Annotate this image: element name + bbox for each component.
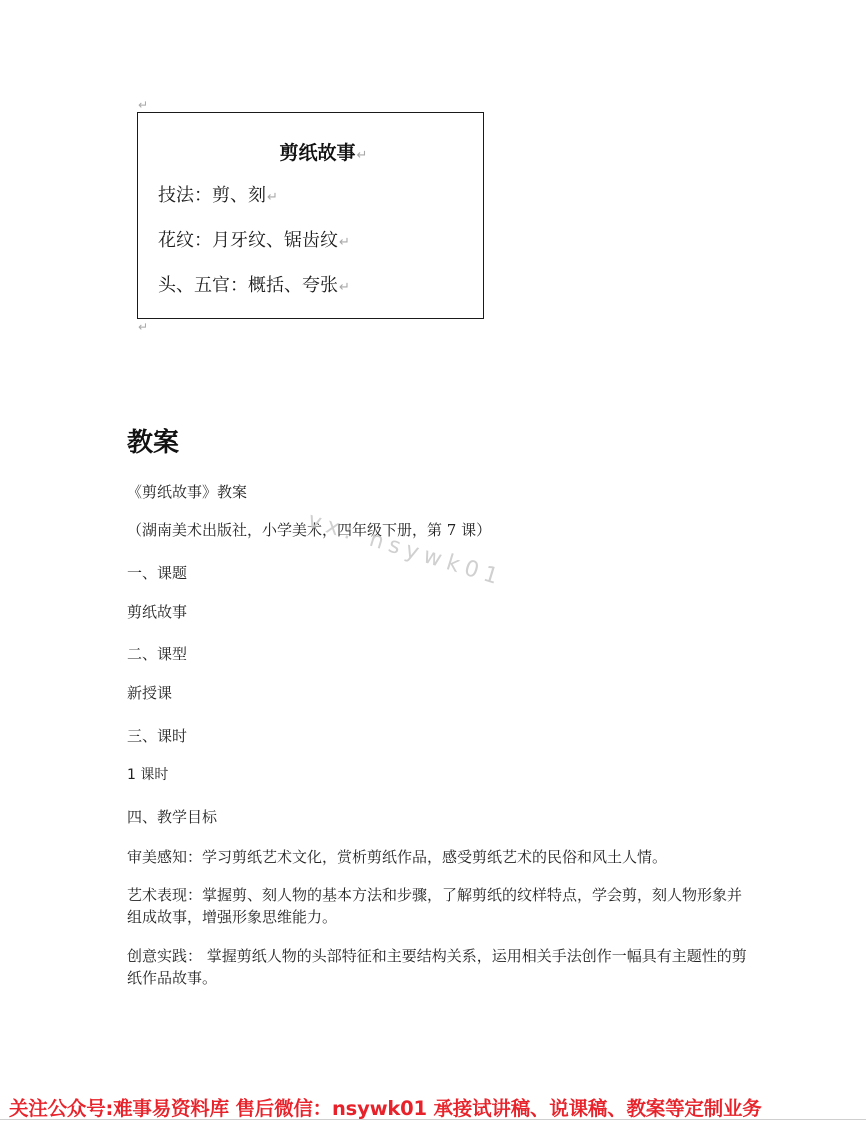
section-2-label: 二、课型	[127, 643, 187, 665]
source-note: （湖南美术出版社，小学美术，四年级下册，第 7 课）	[127, 519, 491, 541]
footer-divider	[0, 1119, 866, 1120]
paragraph-mark: ↵	[357, 148, 368, 163]
section-4-label: 四、教学目标	[127, 806, 217, 828]
section-1-label: 一、课题	[127, 562, 187, 584]
technique-line: 技法：剪、刻↵	[158, 181, 278, 207]
section-3-label: 三、课时	[127, 725, 187, 747]
objective-practice: 创意实践： 掌握剪纸人物的头部特征和主要结构关系，运用相关手法创作一幅具有主题性…	[127, 945, 747, 989]
objective-aesthetic: 审美感知：学习剪纸艺术文化，赏析剪纸作品，感受剪纸艺术的民俗和风土人情。	[127, 846, 747, 868]
technique-text: 技法：剪、刻	[158, 185, 266, 206]
lesson-plan-title: 《剪纸故事》教案	[127, 481, 247, 503]
text-box-title: 剪纸故事↵	[138, 138, 483, 165]
paragraph-mark: ↵	[339, 235, 350, 250]
pattern-text: 花纹：月牙纹、锯齿纹	[158, 230, 338, 251]
summary-text-box: 剪纸故事↵ 技法：剪、刻↵ 花纹：月牙纹、锯齿纹↵ 头、五官：概括、夸张↵	[137, 112, 484, 319]
page-heading: 教案	[127, 422, 179, 459]
paragraph-mark: ↵	[138, 99, 148, 111]
features-text: 头、五官：概括、夸张	[158, 275, 338, 296]
objective-expression: 艺术表现：掌握剪、刻人物的基本方法和步骤，了解剪纸的纹样特点，学会剪，刻人物形象…	[127, 884, 747, 928]
section-1-content: 剪纸故事	[127, 601, 187, 623]
paragraph-mark: ↵	[267, 190, 278, 205]
paragraph-mark: ↵	[138, 321, 148, 333]
footer-banner: 关注公众号:难事易资料库 售后微信：nsywk01 承接试讲稿、说课稿、教案等定…	[0, 1093, 866, 1122]
features-line: 头、五官：概括、夸张↵	[158, 271, 350, 297]
section-2-content: 新授课	[127, 682, 172, 704]
paragraph-mark: ↵	[339, 280, 350, 295]
text-box-title-text: 剪纸故事	[280, 142, 356, 164]
section-3-content: 1 课时	[127, 764, 168, 786]
pattern-line: 花纹：月牙纹、锯齿纹↵	[158, 226, 350, 252]
